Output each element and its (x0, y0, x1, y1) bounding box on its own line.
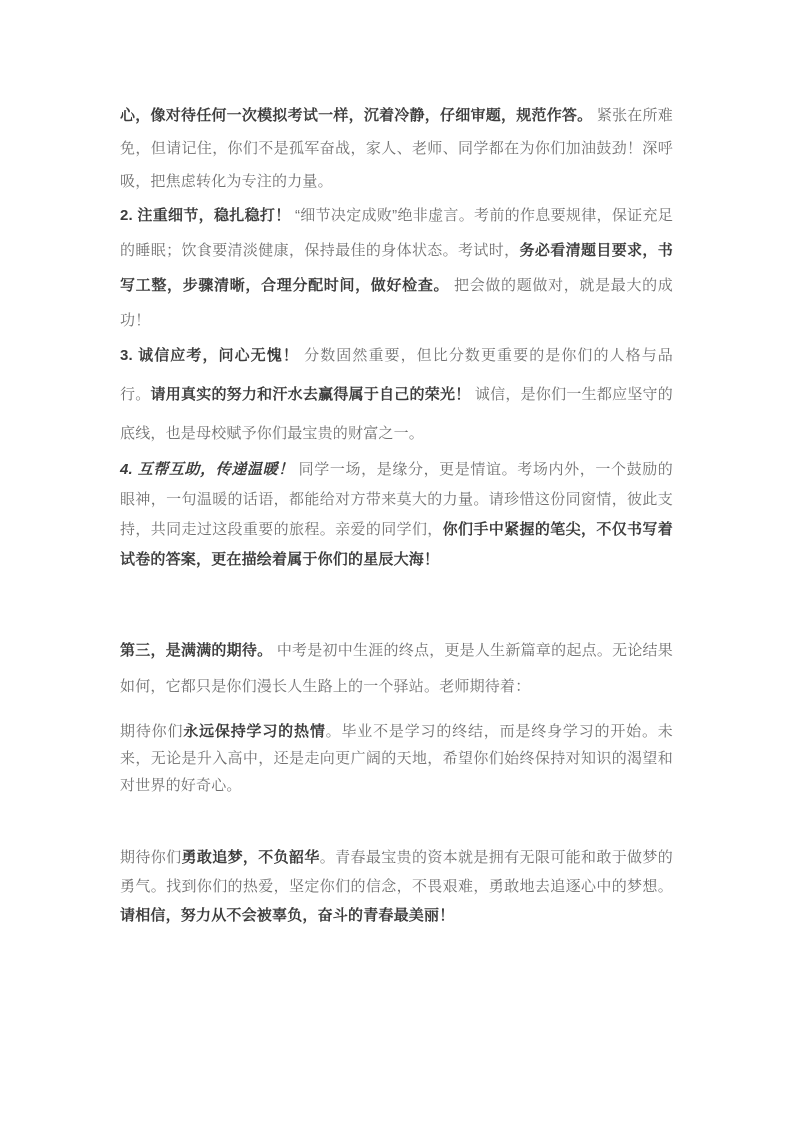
text-run-bold: 请相信，努力从不会被辜负，奋斗的青春最美丽！ (120, 907, 454, 924)
paragraph-tip-4-mutual-support: 4. 互帮互助，传递温暖！ 同学一场，是缘分，更是情谊。考场内外，一个鼓励的眼神… (120, 455, 673, 575)
paragraph-exam-mindset-continued: 心，像对待任何一次模拟考试一样，沉着冷静，仔细审题，规范作答。 紧张在所难免，但… (120, 99, 673, 198)
paragraph-tip-3-integrity: 3. 诚信应考，问心无愧！ 分数固然重要，但比分数更重要的是你们的人格与品行。请… (120, 336, 673, 453)
text-run-bold: 勇敢追梦，不负韶华 (181, 849, 319, 866)
paragraph-section-three-expectations: 第三，是满满的期待。 中考是初中生涯的终点，更是人生新篇章的起点。无论结果如何，… (120, 633, 673, 705)
text-run-bold: 请用真实的努力和汗水去赢得属于自己的荣光！ (150, 386, 470, 403)
text-run-regular: 期待你们 (120, 723, 183, 740)
paragraph-expectation-chase-dreams: 期待你们勇敢追梦，不负韶华。青春最宝贵的资本就是拥有无限可能和敢于做梦的勇气。找… (120, 843, 673, 930)
text-run-bold: 永远保持学习的热情 (183, 723, 325, 740)
paragraph-expectation-lifelong-learning: 期待你们永远保持学习的热情。毕业不是学习的终结，而是终身学习的开始。未来，无论是… (120, 718, 673, 799)
text-run-bold: 第三，是满满的期待。 (120, 642, 272, 659)
document-page: 心，像对待任何一次模拟考试一样，沉着冷静，仔细审题，规范作答。 紧张在所难免，但… (0, 0, 793, 1122)
text-run-bold-italic: 4. 互帮互助，传递温暖！ (120, 461, 294, 478)
text-run-regular: 期待你们 (120, 849, 181, 866)
text-run-bold: 3. 诚信应考，问心无愧！ (120, 347, 299, 364)
text-run-bold: 心，像对待任何一次模拟考试一样，沉着冷静，仔细审题，规范作答。 (120, 107, 592, 124)
paragraph-tip-2-details: 2. 注重细节，稳扎稳打！ “细节决定成败”绝非虚言。考前的作息要规律，保证充足… (120, 198, 673, 338)
text-run-bold: 2. 注重细节，稳扎稳打！ (120, 207, 291, 224)
